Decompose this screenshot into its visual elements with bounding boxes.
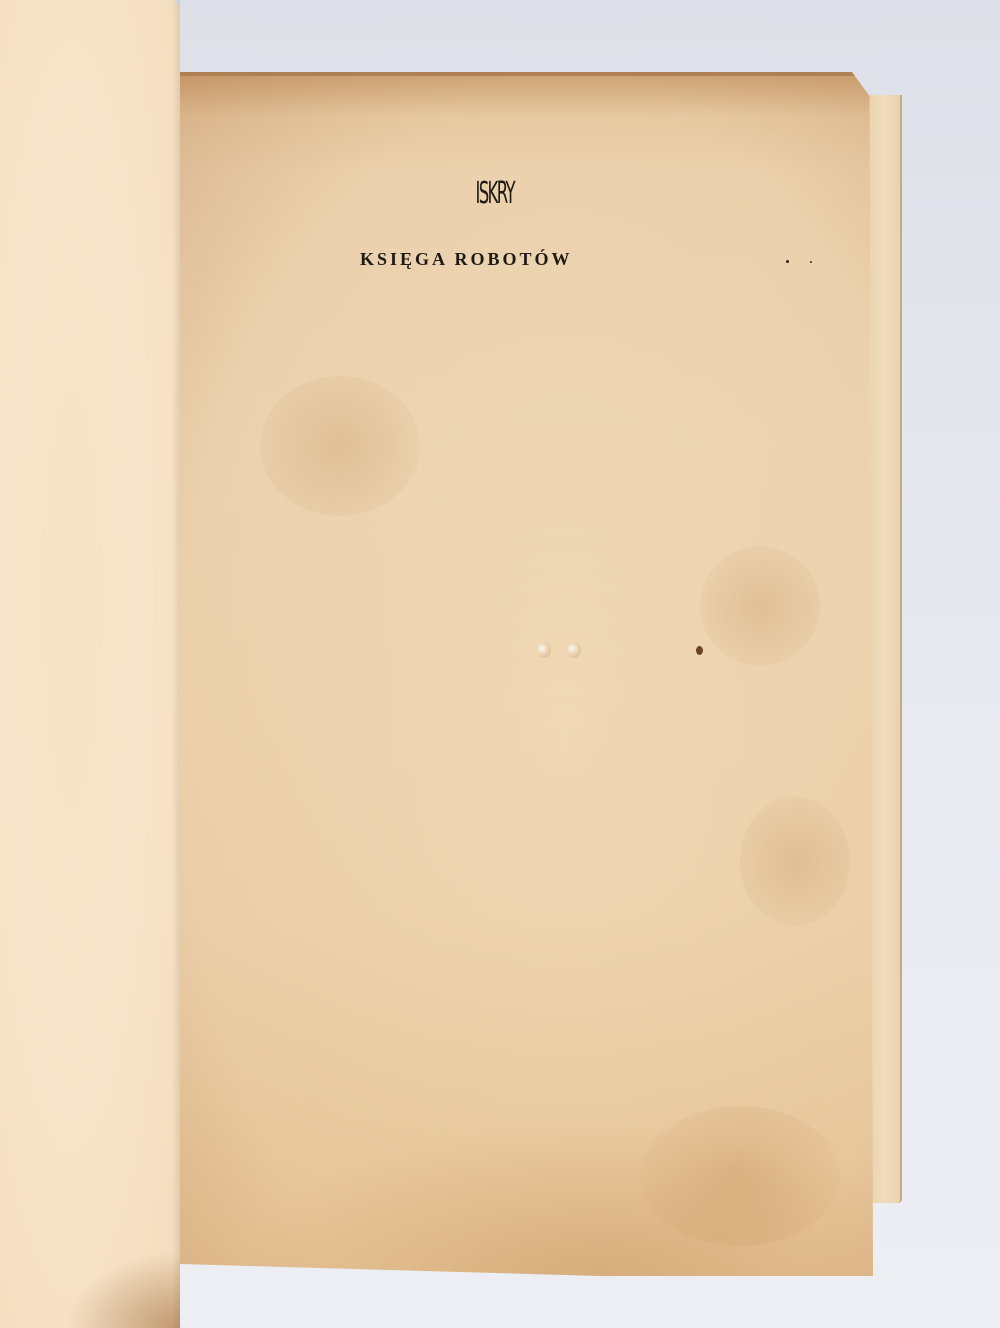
foxing-stain — [640, 1106, 840, 1246]
foxing-spot — [696, 646, 703, 655]
page-dimple — [567, 642, 581, 658]
book-title: KSIĘGA ROBOTÓW — [360, 249, 630, 270]
page-dimple — [537, 642, 551, 658]
publisher-logo: ISKRY — [476, 179, 509, 209]
foxing-stain — [260, 376, 420, 516]
foxing-stain — [700, 546, 820, 666]
left-page — [0, 0, 180, 1328]
title-page: ISKRY KSIĘGA ROBOTÓW — [180, 72, 880, 1276]
foxing-stain — [740, 796, 850, 926]
gutter-shadow — [172, 0, 180, 1328]
ink-speck — [786, 260, 789, 263]
ink-speck — [810, 261, 812, 263]
